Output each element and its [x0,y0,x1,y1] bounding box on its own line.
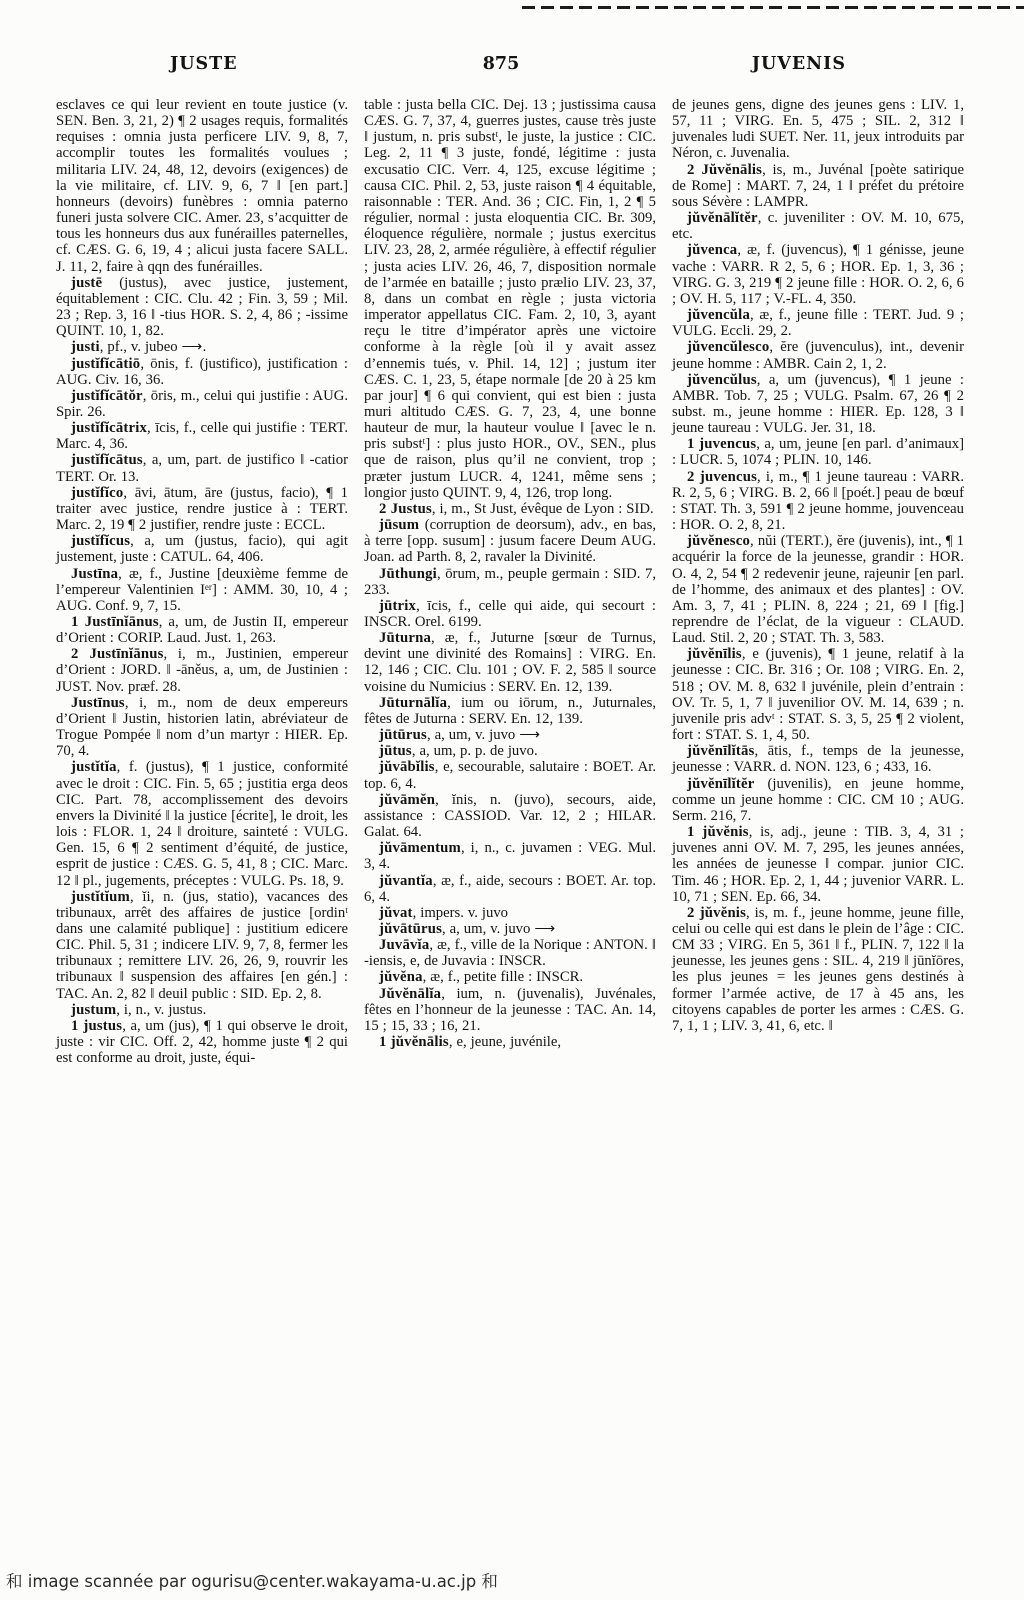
dictionary-entry: Jŭvĕnālĭa, ium, n. (juvenalis), Juvénale… [364,986,656,1034]
dictionary-page-body: esclaves ce qui leur revient en toute ju… [56,97,964,1548]
entry-headword: jŭvĕnīlĭtās [687,743,754,759]
dictionary-entry: justĭtĭa, f. (justus), ¶ 1 justice, conf… [56,759,348,888]
entry-headword: Jūturnālĭa [379,695,447,711]
entry-headword: 2 Jŭvĕnālis [687,162,762,178]
running-title-right: JUVENIS [752,54,846,74]
entry-headword: justĭfĭcātus [71,452,143,468]
entry-text: de jeunes gens, digne des jeunes gens : … [672,97,964,161]
entry-text: table : justa bella CIC. Dej. 13 ; justi… [364,97,656,501]
entry-text: , is, m. f., jeune homme, jeune fille, c… [672,905,964,1034]
entry-headword: justĭfĭcātiō [71,356,140,372]
entry-text: , nŭi (TERT.), ĕre (juvenis), int., ¶ 1 … [672,533,964,646]
dictionary-entry: jūtus, a, um, p. p. de juvo. [364,743,656,759]
entry-text: , i, m., St Just, évêque de Lyon : SID. [432,501,654,517]
dictionary-entry: Justīnus, i, m., nom de deux empereurs d… [56,695,348,760]
dictionary-entry: justĭfĭco, āvi, ātum, āre (justus, facio… [56,485,348,533]
text-column-right: de jeunes gens, digne des jeunes gens : … [672,97,964,1548]
entry-headword: Jūthungi [379,566,437,582]
dictionary-entry: 2 juvencus, i, m., ¶ 1 jeune taureau : V… [672,469,964,534]
entry-headword: jŭvābĭlis [379,759,435,775]
text-column-middle: table : justa bella CIC. Dej. 13 ; justi… [364,97,656,1548]
entry-headword: jŭvāmentum [379,840,461,856]
entry-text: , i, n., v. justus. [116,1002,206,1018]
entry-headword: 2 Justīnĭānus [71,646,164,662]
entry-headword: jūsum [379,517,419,533]
dictionary-entry: justĭfĭcātŏr, ōris, m., celui qui justif… [56,388,348,420]
dictionary-entry: Justīna, æ, f., Justine [deuxième femme … [56,566,348,614]
dictionary-entry: jŭvĕnīlis, e (juvenis), ¶ 1 jeune, relat… [672,646,964,743]
dictionary-entry: jŭvĕnālĭtĕr, c. juveniliter : OV. M. 10,… [672,210,964,242]
dictionary-entry: jŭvencŭlus, a, um (juvencus), ¶ 1 jeune … [672,372,964,437]
entry-headword: justĭtĭa [71,759,117,775]
entry-text: , a, um, v. juvo ⟶ [427,727,540,743]
entry-headword: 1 juvencus [687,436,756,452]
entry-headword: jūtus [379,743,412,759]
text-column-left: esclaves ce qui leur revient en toute ju… [56,97,348,1548]
entry-headword: jŭvĕnesco [687,533,750,549]
entry-headword: 1 justus [71,1018,122,1034]
dictionary-entry: jŭvāmentum, i, n., c. juvamen : VEG. Mul… [364,840,656,872]
dictionary-entry: jŭvantĭa, æ, f., aide, secours : BOET. A… [364,873,656,905]
entry-headword: 1 jŭvĕnālis [379,1034,449,1050]
dictionary-entry: 2 jŭvĕnis, is, m. f., jeune homme, jeune… [672,905,964,1034]
dictionary-entry: jūsum (corruption de deorsum), adv., en … [364,517,656,565]
dictionary-entry: esclaves ce qui leur revient en toute ju… [56,97,348,275]
dictionary-entry: justi, pf., v. jubeo ⟶. [56,339,348,355]
entry-text: , e, jeune, juvénile, [449,1034,561,1050]
dictionary-entry: jŭvĕnesco, nŭi (TERT.), ĕre (juvenis), i… [672,533,964,646]
entry-headword: jŭvencŭlus [687,372,757,388]
dictionary-entry: table : justa bella CIC. Dej. 13 ; justi… [364,97,656,501]
dictionary-entry: Juvāvĭa, æ, f., ville de la Norique : AN… [364,937,656,969]
dictionary-entry: jŭvĕna, æ, f., petite fille : INSCR. [364,969,656,985]
dictionary-entry: 2 Justīnĭānus, i, m., Justinien, empereu… [56,646,348,694]
entry-headword: justĭtĭum [71,889,130,905]
dictionary-entry: 1 jŭvĕnis, is, adj., jeune : TIB. 3, 4, … [672,824,964,905]
dictionary-entry: 1 justus, a, um (jus), ¶ 1 qui observe l… [56,1018,348,1066]
scan-artifact-dashed-line [522,6,1024,9]
entry-headword: jŭvĕnīlĭtĕr [687,776,754,792]
entry-headword: Jŭvĕnālĭa [379,986,441,1002]
dictionary-entry: 1 Justīnĭānus, a, um, de Justin II, empe… [56,614,348,646]
entry-headword: jŭvencŭlesco [687,339,769,355]
entry-headword: jŭvāmĕn [379,792,435,808]
entry-headword: Justīnus [71,695,125,711]
entry-headword: jŭvencŭla [687,307,750,323]
entry-headword: justĭfĭcātŏr [71,388,143,404]
dictionary-entry: jŭvātūrus, a, um, v. juvo ⟶ [364,921,656,937]
entry-headword: justĭfĭco [71,485,123,501]
dictionary-entry: jŭvat, impers. v. juvo [364,905,656,921]
dictionary-entry: justum, i, n., v. justus. [56,1002,348,1018]
dictionary-entry: justĭfĭcus, a, um (justus, facio), qui a… [56,533,348,565]
dictionary-entry: jŭvāmĕn, ĭnis, n. (juvo), secours, aide,… [364,792,656,840]
dictionary-entry: Jūturnālĭa, ium ou iōrum, n., Juturnales… [364,695,656,727]
dictionary-entry: 1 juvencus, a, um, jeune [en parl. d’ani… [672,436,964,468]
page-header: JUSTE 875 JUVENIS [0,54,1024,80]
entry-headword: 2 jŭvĕnis [687,905,746,921]
entry-text: , æ, f., petite fille : INSCR. [423,969,583,985]
dictionary-entry: jŭvĕnīlĭtās, ātis, f., temps de la jeune… [672,743,964,775]
entry-headword: jŭvātūrus [379,921,442,937]
entry-headword: 2 juvencus [687,469,757,485]
dictionary-entry: 1 jŭvĕnālis, e, jeune, juvénile, [364,1034,656,1050]
entry-headword: Juvāvĭa [379,937,429,953]
dictionary-entry: 2 Jŭvĕnālis, is, m., Juvénal [poète sati… [672,162,964,210]
dictionary-entry: jŭvencŭla, æ, f., jeune fille : TERT. Ju… [672,307,964,339]
dictionary-entry: de jeunes gens, digne des jeunes gens : … [672,97,964,162]
dictionary-entry: Jūthungi, ōrum, m., peuple germain : SID… [364,566,656,598]
dictionary-entry: jŭvābĭlis, e, secourable, salutaire : BO… [364,759,656,791]
entry-text: , a, um, p. p. de juvo. [412,743,538,759]
page-number: 875 [0,54,1002,74]
entry-headword: Jūturna [379,630,431,646]
dictionary-entry: justĭfĭcātrix, īcis, f., celle qui justi… [56,420,348,452]
dictionary-entry: justĭfĭcātiō, ōnis, f. (justifico), just… [56,356,348,388]
entry-headword: 1 Justīnĭānus [71,614,159,630]
dictionary-entry: justē (justus), avec justice, justement,… [56,275,348,340]
entry-headword: 2 Justus [379,501,432,517]
dictionary-entry: justĭfĭcātus, a, um, part. de justifico … [56,452,348,484]
entry-headword: justĭfĭcus [71,533,130,549]
dictionary-entry: Jūturna, æ, f., Juturne [sœur de Turnus,… [364,630,656,695]
entry-headword: 1 jŭvĕnis [687,824,749,840]
dictionary-entry: jŭvencŭlesco, ĕre (juvenculus), int., de… [672,339,964,371]
dictionary-entry: jūtrix, īcis, f., celle qui aide, qui se… [364,598,656,630]
dictionary-entry: jŭvenca, æ, f. (juvencus), ¶ 1 génisse, … [672,242,964,307]
entry-text: esclaves ce qui leur revient en toute ju… [56,97,348,275]
entry-headword: jŭvenca [687,242,737,258]
entry-headword: jŭvĕnīlis [687,646,742,662]
dictionary-entry: jūtūrus, a, um, v. juvo ⟶ [364,727,656,743]
entry-headword: jŭvat [379,905,413,921]
entry-text: , f. (justus), ¶ 1 justice, conformité a… [56,759,348,888]
entry-headword: Justīna [71,566,118,582]
entry-headword: justum [71,1002,116,1018]
entry-headword: jŭvĕnālĭtĕr [687,210,758,226]
entry-text: , pf., v. jubeo ⟶. [100,339,207,355]
entry-headword: jūtrix [379,598,416,614]
dictionary-entry: 2 Justus, i, m., St Just, évêque de Lyon… [364,501,656,517]
entry-headword: jŭvĕna [379,969,423,985]
entry-text: , a, um, v. juvo ⟶ [442,921,555,937]
entry-text: , impers. v. juvo [413,905,508,921]
entry-text: , ĭi, n. (jus, statio), vacances des tri… [56,889,348,1002]
entry-headword: justĭfĭcātrix [71,420,147,436]
entry-headword: jŭvantĭa [379,873,433,889]
entry-headword: justē [71,275,102,291]
dictionary-entry: jŭvĕnīlĭtĕr (juvenilis), en jeune homme,… [672,776,964,824]
scan-credit-footer: 和 image scannée par ogurisu@center.wakay… [6,1568,498,1592]
entry-headword: jūtūrus [379,727,427,743]
entry-headword: justi [71,339,100,355]
dictionary-entry: justĭtĭum, ĭi, n. (jus, statio), vacance… [56,889,348,1002]
